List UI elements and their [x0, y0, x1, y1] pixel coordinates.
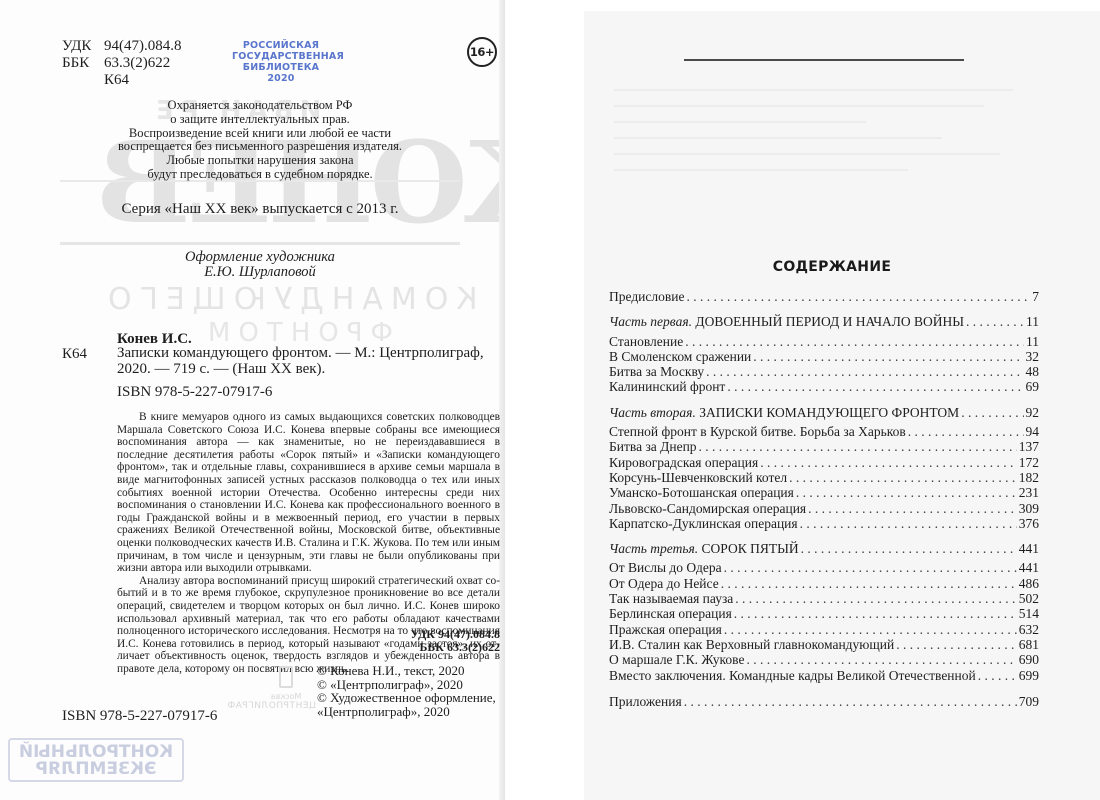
- design-credit: Оформление художника Е.Ю. Шурлаповой: [60, 250, 460, 280]
- control-stamp-line: ЭКЗЕМПЛЯР: [10, 761, 182, 778]
- dot-leader: [753, 349, 1023, 364]
- copyright-page: ИВАН РЕ КОНЕВ ЗАПИСКИ КОМАНДУЮЩЕГО ФРОНТ…: [0, 0, 505, 800]
- toc-page-number: 309: [1019, 501, 1039, 516]
- toc-entry[interactable]: В Смоленском сражении32: [609, 349, 1039, 364]
- toc-entry-title: Корсунь-Шевченковский котел: [609, 470, 787, 485]
- toc-page-number: 231: [1019, 485, 1039, 500]
- udk-value: 94(47).084.8: [104, 38, 182, 55]
- dot-leader: [760, 455, 1017, 470]
- toc-page-number: 137: [1019, 439, 1039, 454]
- bbk-value: 63.3(2)622: [104, 55, 170, 72]
- toc-entry-title: Битва за Днепр: [609, 439, 697, 454]
- dot-leader: [684, 694, 1017, 709]
- toc-page-number: 69: [1026, 379, 1040, 394]
- dot-leader: [724, 560, 1017, 575]
- toc-entry-title: Кировоградская операция: [609, 455, 758, 470]
- copyright-line: © Конева Н.И., текст, 2020: [317, 664, 496, 678]
- toc-entry[interactable]: От Вислы до Одера441: [609, 560, 1039, 575]
- toc-entry[interactable]: Берлинская операция514: [609, 606, 1039, 621]
- toc-entry-title: Берлинская операция: [609, 606, 732, 621]
- toc-part-3[interactable]: Часть третья. СОРОК ПЯТЫЙ441: [609, 541, 1039, 556]
- toc-entry[interactable]: Львовско-Сандомирская операция309: [609, 501, 1039, 516]
- table-of-contents: Предисловие7Часть первая. ДОВОЕННЫЙ ПЕРИ…: [609, 289, 1039, 709]
- publisher-logo-name: ЦЕНТРПОЛИГРАФ: [256, 701, 316, 711]
- library-stamp: РОССИЙСКАЯ ГОСУДАРСТВЕННАЯ БИБЛИОТЕКА 20…: [232, 40, 330, 84]
- dot-leader: [966, 314, 1024, 329]
- dot-leader: [721, 576, 1017, 591]
- toc-page-number: 632: [1019, 622, 1039, 637]
- toc-entry-title: Вместо заключения. Командные кадры Велик…: [609, 668, 976, 683]
- annotation-paragraph: В книге мемуаров одного из самых выдающи…: [117, 411, 500, 575]
- design-credit-line: Е.Ю. Шурлаповой: [60, 265, 460, 280]
- dot-leader: [796, 485, 1017, 500]
- library-stamp-line: 2020: [232, 73, 330, 84]
- dot-leader: [808, 501, 1017, 516]
- toc-page-number: 172: [1019, 455, 1039, 470]
- toc-entry-title: В Смоленском сражении: [609, 349, 751, 364]
- toc-entry-title: Приложения: [609, 694, 682, 709]
- control-copy-stamp: КОНТРОЛЬНЫЙ ЭКЗЕМПЛЯР: [8, 738, 184, 782]
- age-rating-text: 16+: [470, 45, 494, 59]
- dot-leader: [801, 541, 1017, 556]
- toc-entry-title: Пражская операция: [609, 622, 722, 637]
- publisher-logo-icon: [279, 666, 293, 688]
- toc-entry[interactable]: Битва за Москву48: [609, 364, 1039, 379]
- toc-entry-title: О маршале Г.К. Жукове: [609, 652, 744, 667]
- toc-entry[interactable]: Корсунь-Шевченковский котел182: [609, 470, 1039, 485]
- record-isbn: ISBN 978-5-227-07917-6: [117, 384, 272, 401]
- toc-page-number: 182: [1019, 470, 1039, 485]
- toc-entry-title: Уманско-Ботошанская операция: [609, 485, 794, 500]
- dot-leader: [800, 516, 1017, 531]
- publisher-logo-city: Москва: [256, 692, 316, 701]
- age-rating-badge: 16+: [467, 37, 497, 67]
- publisher-logo: Москва ЦЕНТРПОЛИГРАФ: [256, 666, 316, 721]
- dot-leader: [961, 405, 1023, 420]
- dot-leader: [685, 334, 1024, 349]
- toc-page-number: 94: [1026, 424, 1040, 439]
- dot-leader: [789, 470, 1017, 485]
- legal-notice-line: о защите интеллектуальных прав.: [60, 113, 460, 127]
- record-description: Записки командующего фронтом. — М.: Цент…: [117, 346, 499, 377]
- dot-leader: [724, 622, 1017, 637]
- copyright-line: © Художественное оформление,: [317, 691, 496, 705]
- toc-page-number: 92: [1026, 405, 1040, 420]
- classification-codes: УДК94(47).084.8 ББК63.3(2)622 К64: [62, 38, 182, 89]
- toc-page-number: 681: [1019, 637, 1039, 652]
- legal-notice-line: Воспроизведение всей книги или любой ее …: [60, 127, 460, 141]
- toc-page-number: 48: [1026, 364, 1040, 379]
- dot-leader: [734, 606, 1017, 621]
- show-through-subtitle: ФРОНТОМ: [200, 318, 393, 348]
- dot-leader: [896, 637, 1017, 652]
- legal-notice-line: будут преследоваться в судебном порядке.: [60, 168, 460, 182]
- library-stamp-line: РОССИЙСКАЯ: [232, 40, 330, 51]
- author-mark: К64: [62, 72, 129, 89]
- toc-entry-title: И.В. Сталин как Верховный главнокомандую…: [609, 637, 894, 652]
- toc-page-number: 11: [1026, 314, 1039, 329]
- toc-page-number: 502: [1019, 591, 1039, 606]
- legal-notice-line: Охраняется законодательством РФ: [60, 99, 460, 113]
- toc-page-number: 486: [1019, 576, 1039, 591]
- toc-entry[interactable]: О маршале Г.К. Жукове690: [609, 652, 1039, 667]
- legal-notice-line: Любые попытки нарушения закона: [60, 154, 460, 168]
- toc-entry[interactable]: Так называемая пауза502: [609, 591, 1039, 606]
- toc-entry-title: Степной фронт в Курской битве. Борьба за…: [609, 424, 906, 439]
- toc-entry-title: От Одера до Нейсе: [609, 576, 719, 591]
- toc-entry[interactable]: Битва за Днепр137: [609, 439, 1039, 454]
- toc-part-1[interactable]: Часть первая. ДОВОЕННЫЙ ПЕРИОД И НАЧАЛО …: [609, 314, 1039, 329]
- toc-entry-title: Калининский фронт: [609, 379, 725, 394]
- design-credit-line: Оформление художника: [60, 250, 460, 265]
- classification-codes-bottom: УДК 94(47).084.8 ББК 63.3(2)622: [300, 628, 500, 654]
- library-stamp-line: ГОСУДАРСТВЕННАЯ: [232, 51, 330, 62]
- copyright-line: © «Центрполиграф», 2020: [317, 678, 496, 692]
- dot-leader: [746, 652, 1016, 667]
- toc-page-number: 709: [1019, 694, 1039, 709]
- annotation-paragraph: Анализу автора воспоминаний присущ широк…: [117, 575, 500, 676]
- record-mark: К64: [62, 346, 87, 363]
- toc-title: СОДЕРЖАНИЕ: [584, 259, 1100, 275]
- toc-entry-title: Львовско-Сандомирская операция: [609, 501, 806, 516]
- legal-notice-line: воспрещается без письменного разрешения …: [60, 140, 460, 154]
- udk-label: УДК: [62, 38, 104, 55]
- toc-page-number: 441: [1019, 541, 1039, 556]
- dot-leader: [978, 668, 1017, 683]
- toc-page-number: 32: [1026, 349, 1040, 364]
- library-stamp-line: БИБЛИОТЕКА: [232, 62, 330, 73]
- isbn-bottom: ISBN 978-5-227-07917-6: [62, 708, 217, 725]
- page-edge-shadow: [499, 0, 505, 800]
- toc-entry[interactable]: Становление11: [609, 334, 1039, 349]
- toc-entry-title: Часть третья. СОРОК ПЯТЫЙ: [609, 541, 799, 556]
- toc-page-number: 514: [1019, 606, 1039, 621]
- header-rule: [684, 59, 964, 61]
- toc-entry-title: От Вислы до Одера: [609, 560, 722, 575]
- bbk-label: ББК: [62, 55, 104, 72]
- toc-entry-title: Становление: [609, 334, 683, 349]
- toc-entry[interactable]: Карпатско-Дуклинская операция376: [609, 516, 1039, 531]
- toc-entry-title: Часть вторая. ЗАПИСКИ КОМАНДУЮЩЕГО ФРОНТ…: [609, 405, 959, 420]
- toc-page-number: 441: [1019, 560, 1039, 575]
- copyright-line: «Центрполиграф», 2020: [317, 705, 496, 719]
- toc-page-number: 11: [1026, 334, 1039, 349]
- toc-entry[interactable]: От Одера до Нейсе486: [609, 576, 1039, 591]
- toc-entry-title: Часть первая. ДОВОЕННЫЙ ПЕРИОД И НАЧАЛО …: [609, 314, 964, 329]
- bbk-bottom: ББК 63.3(2)622: [300, 641, 500, 654]
- toc-page-number: 690: [1019, 652, 1039, 667]
- toc-entry[interactable]: Вместо заключения. Командные кадры Велик…: [609, 668, 1039, 683]
- contents-page: СОДЕРЖАНИЕ Предисловие7Часть первая. ДОВ…: [584, 11, 1100, 800]
- copyright-notice: © Конева Н.И., текст, 2020 © «Центрполиг…: [317, 664, 496, 718]
- toc-entry-appendix[interactable]: Приложения709: [609, 694, 1039, 709]
- toc-entry-title: Карпатско-Дуклинская операция: [609, 516, 798, 531]
- legal-notice: Охраняется законодательством РФ о защите…: [60, 99, 460, 182]
- toc-entry-title: Так называемая пауза: [609, 591, 733, 606]
- dot-leader: [699, 439, 1017, 454]
- toc-page-number: 376: [1019, 516, 1039, 531]
- toc-page-number: 699: [1019, 668, 1039, 683]
- dot-leader: [735, 591, 1016, 606]
- show-through-subtitle: ЗАПИСКИ КОМАНДУЮЩЕГО: [100, 282, 505, 317]
- toc-entry-title: Битва за Москву: [609, 364, 704, 379]
- dot-leader: [706, 364, 1023, 379]
- toc-entry-title: Предисловие: [609, 289, 684, 304]
- show-through-rule: [60, 242, 460, 245]
- toc-entry[interactable]: Степной фронт в Курской битве. Борьба за…: [609, 424, 1039, 439]
- dot-leader: [727, 379, 1023, 394]
- series-note: Серия «Наш XX век» выпускается с 2013 г.: [60, 201, 460, 218]
- toc-entry[interactable]: Пражская операция632: [609, 622, 1039, 637]
- toc-page-number: 7: [1032, 289, 1039, 304]
- toc-entry[interactable]: Кировоградская операция172: [609, 455, 1039, 470]
- toc-entry[interactable]: Уманско-Ботошанская операция231: [609, 485, 1039, 500]
- dot-leader: [686, 289, 1030, 304]
- toc-entry[interactable]: Калининский фронт69: [609, 379, 1039, 394]
- toc-part-2[interactable]: Часть вторая. ЗАПИСКИ КОМАНДУЮЩЕГО ФРОНТ…: [609, 405, 1039, 420]
- toc-entry-preface[interactable]: Предисловие7: [609, 289, 1039, 304]
- show-through-lines: [614, 89, 1034, 185]
- dot-leader: [908, 424, 1024, 439]
- toc-entry[interactable]: И.В. Сталин как Верховный главнокомандую…: [609, 637, 1039, 652]
